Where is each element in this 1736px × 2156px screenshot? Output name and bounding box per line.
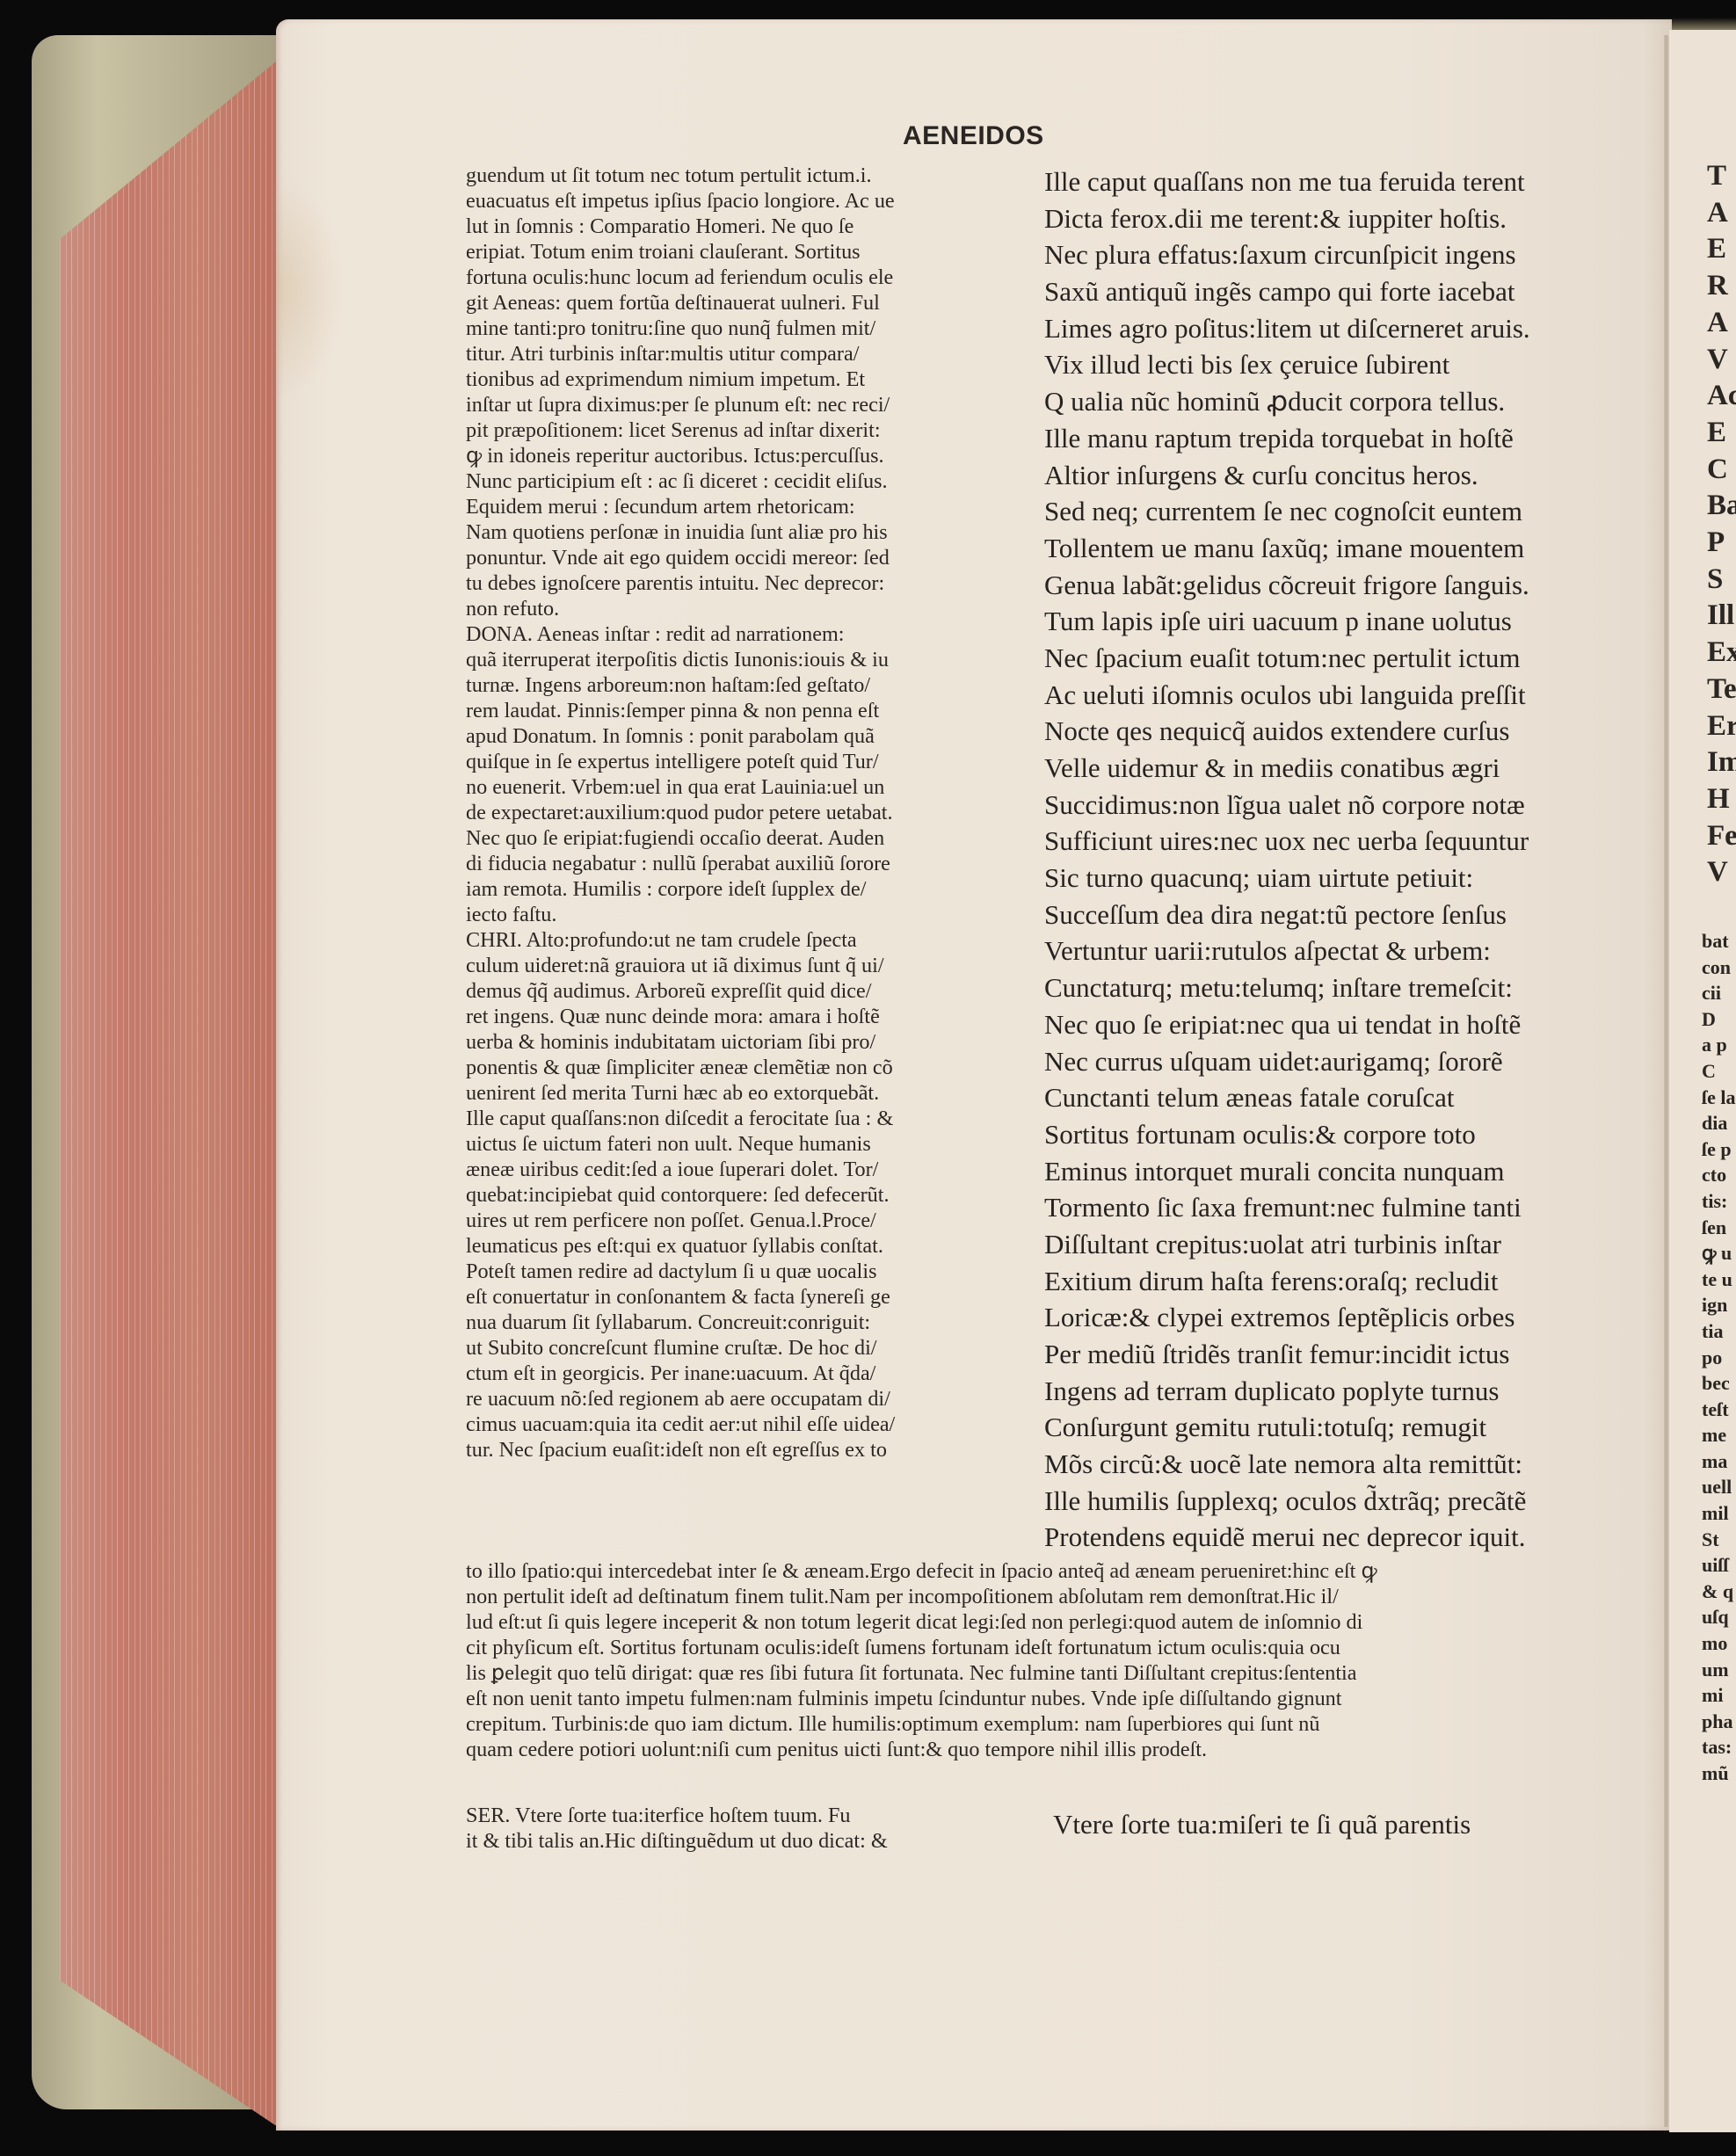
verse-line: Dicta ferox.dii me terent:& iuppiter hoſ… <box>1044 200 1607 237</box>
verse-initial: S <box>1707 562 1736 599</box>
commentary-fragment: con <box>1702 955 1736 981</box>
commentary-line: turnæ. Ingens arboreum:non haſtam:ſed ge… <box>466 672 1050 698</box>
commentary-line: fortuna oculis:hunc locum ad feriendum o… <box>466 265 1050 290</box>
commentary-fragment: bat <box>1702 928 1736 955</box>
commentary-fragment: uiſſ <box>1702 1552 1736 1579</box>
commentary-line: quebat:incipiebat quid contorquere: ſed … <box>466 1182 1050 1208</box>
commentary-line: ꝙ in idoneis reperitur auctoribus. Ictus… <box>466 443 1050 468</box>
verse-line: Ille caput quaſſans non me tua feruida t… <box>1044 163 1607 200</box>
commentary-line: quam cedere potiori uolunt:niſi cum peni… <box>466 1737 1617 1762</box>
verse-initial: T <box>1707 158 1736 195</box>
verse-line: Cunctaturq; metu:telumq; inſtare tremeſc… <box>1044 969 1607 1006</box>
verse-line: Saxũ antiquũ ingẽs campo qui forte iaceb… <box>1044 273 1607 310</box>
verse-initial: Ac <box>1707 378 1736 415</box>
commentary-line: Equidem merui : ſecundum artem rhetorica… <box>466 494 1050 519</box>
commentary-line: Nec quo ſe eripiat:fugiendi occaſio deer… <box>466 825 1050 851</box>
commentary-line: di fiducia negabatur : nullũ ſperabat au… <box>466 851 1050 876</box>
commentary-fragment: teſt <box>1702 1397 1736 1423</box>
commentary-line: ctum eſt in georgicis. Per inane:uacuum.… <box>466 1361 1050 1386</box>
fullwidth-commentary: to illo ſpatio:qui intercedebat inter ſe… <box>466 1558 1617 1762</box>
commentary-fragment: te u <box>1702 1267 1736 1293</box>
verse-line: Loricæ:& clypei extremos ſeptẽplicis orb… <box>1044 1299 1607 1336</box>
commentary-line: rem laudat. Pinnis:ſemper pinna & non pe… <box>466 698 1050 723</box>
commentary-line: DONA. Aeneas inſtar : redit ad narration… <box>466 621 1050 647</box>
commentary-line: quã iterruperat iterpoſitis dictis Iunon… <box>466 647 1050 672</box>
verse-initial: V <box>1707 854 1736 891</box>
commentary-line: cimus uacuam:quia ita cedit aer:ut nihil… <box>466 1412 1050 1437</box>
verse-initial: H <box>1707 781 1736 818</box>
verse-line: Ac ueluti iſomnis oculos ubi languida pr… <box>1044 677 1607 714</box>
commentary-line: re uacuum nõ:ſed regionem ab aere occupa… <box>466 1386 1050 1412</box>
commentary-line: leumaticus pes eſt:qui ex quatuor ſyllab… <box>466 1233 1050 1259</box>
commentary-line: nua duarum ſit ſyllabarum. Concreuit:con… <box>466 1310 1050 1335</box>
commentary-line: Nam quotiens perſonæ in inuidia ſunt ali… <box>466 519 1050 545</box>
commentary-fragment: ꝙ u <box>1702 1240 1736 1267</box>
commentary-fragment: uell <box>1702 1474 1736 1500</box>
commentary-line: inſtar ut ſupra diximus:per ſe plunum eſ… <box>466 392 1050 417</box>
commentary-fragment: mi <box>1702 1682 1736 1709</box>
commentary-line: tu debes ignoſcere parentis intuitu. Nec… <box>466 570 1050 596</box>
verse-initial: E <box>1707 231 1736 268</box>
commentary-line: Ille caput quaſſans:non diſcedit a feroc… <box>466 1106 1050 1131</box>
verse-line: Sed neq; currentem ſe nec cognoſcit eunt… <box>1044 493 1607 530</box>
commentary-line: euacuatus eſt impetus ipſius ſpacio long… <box>466 188 1050 214</box>
commentary-line: ponentis & quæ ſimpliciter æneæ clemẽtiæ… <box>466 1055 1050 1080</box>
commentary-line: iam remota. Humilis : corpore ideſt ſupp… <box>466 876 1050 902</box>
commentary-fragment: me <box>1702 1422 1736 1448</box>
verse-line: Ingens ad terram duplicato poplyte turnu… <box>1044 1373 1607 1410</box>
commentary-line: uires ut rem perficere non poſſet. Genua… <box>466 1208 1050 1233</box>
commentary-fragment: St <box>1702 1527 1736 1553</box>
commentary-line: eſt conuertatur in conſonantem & facta ſ… <box>466 1284 1050 1310</box>
commentary-fragment: C <box>1702 1058 1736 1085</box>
verse-line: Exitium dirum haſta ferens:oraſq; reclud… <box>1044 1263 1607 1300</box>
commentary-line: git Aeneas: quem fortũa deſtinauerat uul… <box>466 290 1050 316</box>
verse-initial: C <box>1707 452 1736 489</box>
verse-line: Succeſſum dea dira negat:tũ pectore ſenſ… <box>1044 897 1607 933</box>
commentary-line: Nunc participium eſt : ac ſi diceret : c… <box>466 468 1050 494</box>
verse-line: Per mediũ ſtridẽs tranſit femur:incidit … <box>1044 1336 1607 1373</box>
commentary-line: crepitum. Turbinis:de quo iam dictum. Il… <box>466 1711 1617 1737</box>
commentary-line: iecto faſtu. <box>466 902 1050 927</box>
commentary-line: non pertulit ideſt ad deſtinatum finem t… <box>466 1584 1617 1609</box>
facing-page-verse-initials: T A E R A V Ac E C Ba P S Ill Ex Te Er I… <box>1707 158 1736 891</box>
commentary-fragment: tis: <box>1702 1188 1736 1215</box>
verse-line: Nec quo ſe eripiat:nec qua ui tendat in … <box>1044 1006 1607 1043</box>
verse-initial: Ill <box>1707 598 1736 635</box>
commentary-fragment: ign <box>1702 1292 1736 1318</box>
bottom-commentary: SER. Vtere ſorte tua:iterfice hoſtem tuu… <box>466 1803 888 1854</box>
commentary-fragment: pha <box>1702 1709 1736 1735</box>
verse-line: Cunctanti telum æneas fatale coruſcat <box>1044 1079 1607 1116</box>
commentary-line: ponuntur. Vnde ait ego quidem occidi mer… <box>466 545 1050 570</box>
verse-line: Q ualia nũc hominũ ꝓducit corpora tellus… <box>1044 383 1607 420</box>
commentary-column: guendum ut ſit totum nec totum pertulit … <box>466 163 1050 1463</box>
commentary-fragment: cii <box>1702 980 1736 1006</box>
verse-initial: Te <box>1707 671 1736 708</box>
commentary-line: cit phyſicum eſt. Sortitus fortunam ocul… <box>466 1635 1617 1660</box>
commentary-line: ret ingens. Quæ nunc deinde mora: amara … <box>466 1004 1050 1029</box>
verse-line: Altior inſurgens & curſu concitus heros. <box>1044 457 1607 494</box>
verse-line: Velle uidemur & in mediis conatibus ægri <box>1044 750 1607 787</box>
commentary-line: guendum ut ſit totum nec totum pertulit … <box>466 163 1050 188</box>
commentary-fragment: dia <box>1702 1110 1736 1136</box>
verse-line: Tormento ſic ſaxa fremunt:nec fulmine ta… <box>1044 1189 1607 1226</box>
commentary-line: demus q̃q̃ audimus. Arboreũ expreſſit qu… <box>466 978 1050 1004</box>
commentary-line: tionibus ad exprimendum nimium impetum. … <box>466 367 1050 392</box>
commentary-fragment: ma <box>1702 1448 1736 1475</box>
commentary-fragment: D <box>1702 1006 1736 1033</box>
commentary-line: lud eſt:ut ſi quis legere inceperit & no… <box>466 1609 1617 1635</box>
commentary-fragment: mũ <box>1702 1760 1736 1787</box>
verse-initial: A <box>1707 195 1736 232</box>
commentary-fragment: po <box>1702 1345 1736 1371</box>
verse-initial: Fe <box>1707 818 1736 855</box>
commentary-fragment: uſq <box>1702 1604 1736 1630</box>
verse-line: Conſurgunt gemitu rutuli:totuſq; remugit <box>1044 1409 1607 1446</box>
commentary-line: SER. Vtere ſorte tua:iterfice hoſtem tuu… <box>466 1803 888 1828</box>
verse-initial: E <box>1707 415 1736 452</box>
commentary-line: æneæ uiribus cedit:ſed a ioue ſuperari d… <box>466 1157 1050 1182</box>
verse-initial: Im <box>1707 744 1736 781</box>
verse-line: Sic turno quacunq; uiam uirtute petiuit: <box>1044 860 1607 897</box>
commentary-fragment: & q <box>1702 1579 1736 1605</box>
commentary-line: mine tanti:pro tonitru:ſine quo nunq̃ fu… <box>466 316 1050 341</box>
commentary-fragment: um <box>1702 1657 1736 1683</box>
verse-line: Nocte qes nequicq̃ auidos extendere curſ… <box>1044 713 1607 750</box>
commentary-line: uenirent ſed merita Turni hæc ab eo exto… <box>466 1080 1050 1106</box>
commentary-line: lis ꝑelegit quo telũ dirigat: quæ res ſi… <box>466 1660 1617 1686</box>
verse-initial: Ba <box>1707 488 1736 525</box>
commentary-line: no euenerit. Vrbem:uel in qua erat Lauin… <box>466 774 1050 800</box>
commentary-fragment: cto <box>1702 1162 1736 1188</box>
verse-initial: A <box>1707 305 1736 342</box>
verse-line: Protendens equidẽ merui nec deprecor iqu… <box>1044 1519 1607 1556</box>
verse-line: Sufficiunt uires:nec uox nec uerba ſequu… <box>1044 823 1607 860</box>
verse-line: Nec currus uſquam uidet:aurigamq; ſororẽ <box>1044 1043 1607 1080</box>
commentary-line: de expectaret:auxilium:quod pudor petere… <box>466 800 1050 825</box>
verse-initial: Er <box>1707 708 1736 745</box>
commentary-fragment: mil <box>1702 1500 1736 1527</box>
commentary-fragment: bec <box>1702 1370 1736 1397</box>
running-head: AENEIDOS <box>903 121 1044 151</box>
verse-initial: Ex <box>1707 635 1736 671</box>
verse-line: Eminus intorquet murali concita nunquam <box>1044 1153 1607 1190</box>
commentary-fragment: tas: <box>1702 1734 1736 1760</box>
water-stain <box>276 176 346 404</box>
commentary-line: ut Subito concreſcunt flumine cruſtæ. De… <box>466 1335 1050 1361</box>
commentary-line: uerba & hominis indubitatam uictoriam ſi… <box>466 1029 1050 1055</box>
verse-line: Vix illud lecti bis ſex çeruice ſubirent <box>1044 346 1607 383</box>
verse-line: Nec plura effatus:ſaxum circunſpicit ing… <box>1044 236 1607 273</box>
facing-page-commentary-fragments: bat con cii D a p C ſe la dia ſe p cto t… <box>1702 928 1736 1787</box>
bottom-verse-line: Vtere ſorte tua:miſeri te ſi quã parenti… <box>1053 1807 1471 1842</box>
verse-line: Nec ſpacium euaſit totum:nec pertulit ic… <box>1044 640 1607 677</box>
verse-line: Genua labãt:gelidus cõcreuit frigore ſan… <box>1044 567 1607 604</box>
commentary-line: quiſque in ſe expertus intelligere poteſ… <box>466 749 1050 774</box>
commentary-fragment: a p <box>1702 1032 1736 1058</box>
verse-line: Ille manu raptum trepida torquebat in ho… <box>1044 420 1607 457</box>
commentary-line: pit præpoſitionem: licet Serenus ad inſt… <box>466 417 1050 443</box>
commentary-line: non refuto. <box>466 596 1050 621</box>
commentary-fragment: tia <box>1702 1318 1736 1345</box>
verse-line: Limes agro poſitus:litem ut diſcerneret … <box>1044 310 1607 347</box>
commentary-line: uictus ſe uictum fateri non uult. Neque … <box>466 1131 1050 1157</box>
commentary-line: it & tibi talis an.Hic diſtinguẽdum ut d… <box>466 1828 888 1854</box>
verse-line: Ille humilis ſupplexq; oculos d̃xtrãq; p… <box>1044 1483 1607 1520</box>
commentary-fragment: mo <box>1702 1630 1736 1657</box>
verse-line: Diſſultant crepitus:uolat atri turbinis … <box>1044 1226 1607 1263</box>
verse-initial: P <box>1707 525 1736 562</box>
commentary-line: Poteſt tamen redire ad dactylum ſi u quæ… <box>466 1259 1050 1284</box>
commentary-line: eſt non uenit tanto impetu fulmen:nam fu… <box>466 1686 1617 1711</box>
red-stained-fore-edge <box>60 53 287 2125</box>
verse-line: Tum lapis ipſe uiri uacuum p inane uolut… <box>1044 603 1607 640</box>
commentary-line: apud Donatum. In ſomnis : ponit parabola… <box>466 723 1050 749</box>
commentary-fragment: ſe la <box>1702 1085 1736 1111</box>
verse-line: Tollentem ue manu ſaxũq; imane mouentem <box>1044 530 1607 567</box>
commentary-fragment: ſen <box>1702 1215 1736 1241</box>
verse-line: Succidimus:non lĩgua ualet nõ corpore no… <box>1044 787 1607 824</box>
verse-column: Ille caput quaſſans non me tua feruida t… <box>1044 163 1607 1556</box>
verse-line: Mõs circũ:& uocẽ late nemora alta remitt… <box>1044 1446 1607 1483</box>
commentary-line: to illo ſpatio:qui intercedebat inter ſe… <box>466 1558 1617 1584</box>
commentary-line: lut in ſomnis : Comparatio Homeri. Ne qu… <box>466 214 1050 239</box>
commentary-line: eripiat. Totum enim troiani clauſerant. … <box>466 239 1050 265</box>
commentary-line: tur. Nec ſpacium euaſit:ideſt non eſt eg… <box>466 1437 1050 1463</box>
commentary-fragment: ſe p <box>1702 1136 1736 1163</box>
commentary-line: titur. Atri turbinis inſtar:multis utitu… <box>466 341 1050 367</box>
commentary-line: CHRI. Alto:profundo:ut ne tam crudele ſp… <box>466 927 1050 953</box>
verse-initial: R <box>1707 268 1736 305</box>
verse-initial: V <box>1707 342 1736 379</box>
verse-line: Sortitus fortunam oculis:& corpore toto <box>1044 1116 1607 1153</box>
verse-line: Vertuntur uarii:rutulos aſpectat & urbem… <box>1044 933 1607 969</box>
commentary-line: culum uideret:nã grauiora ut iã diximus … <box>466 953 1050 978</box>
